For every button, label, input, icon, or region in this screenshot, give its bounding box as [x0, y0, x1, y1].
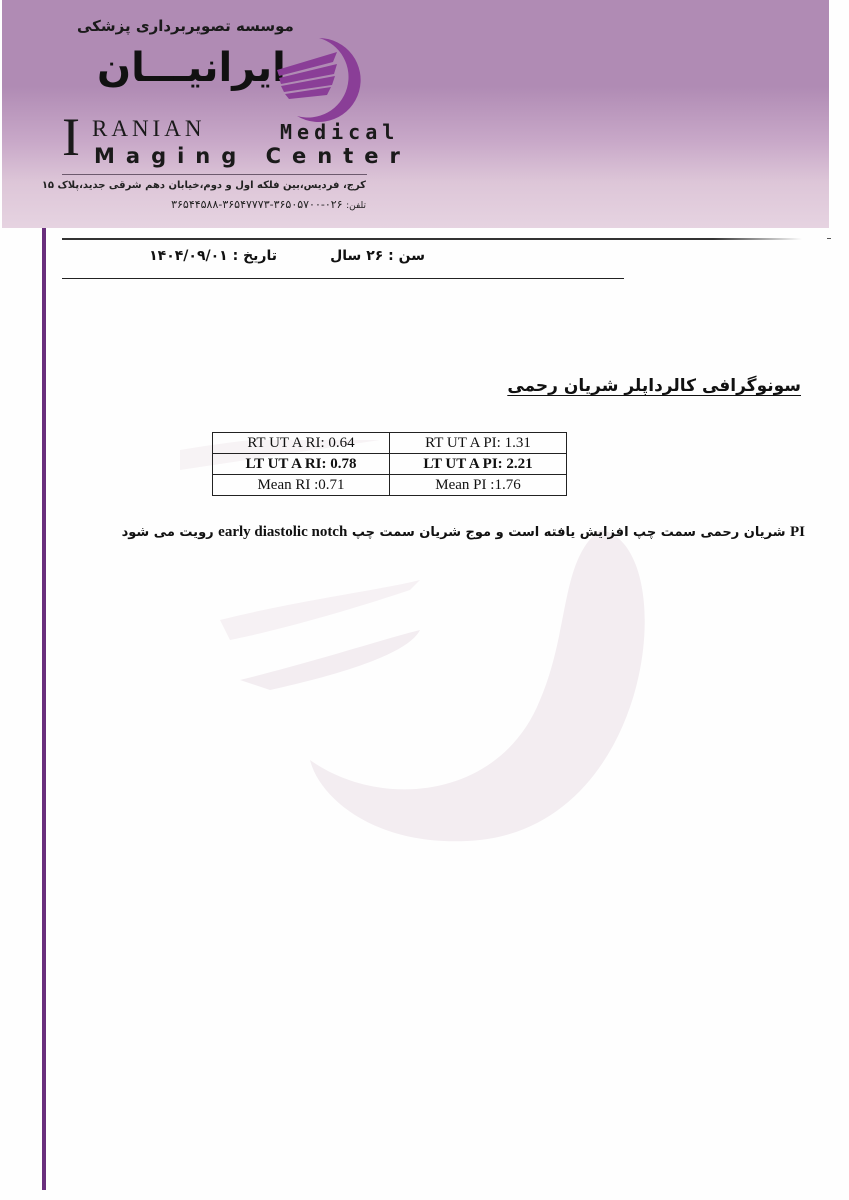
mean-ri-cell: Mean RI :0.71	[213, 475, 390, 496]
phone-line: تلفن: ۰۲۶-۳۶۵۰۵۷۰۰-۳۶۵۴۷۷۷۳-۳۶۵۴۴۵۸۸	[64, 198, 366, 211]
rt-ri-cell: RT UT A RI: 0.64	[213, 433, 390, 454]
phone-label: تلفن:	[346, 201, 366, 211]
brand-en-line2: Maging Center	[94, 144, 411, 168]
patient-info-row: سن : ۲۶ سال تاریخ : ۱۴۰۴/۰۹/۰۱	[62, 248, 622, 276]
lt-ri-cell: LT UT A RI: 0.78	[213, 454, 390, 475]
logo-wings-icon	[257, 32, 377, 122]
table-row: Mean RI :0.71 Mean PI :1.76	[213, 475, 567, 496]
info-divider	[62, 278, 624, 279]
doppler-results-table: RT UT A RI: 0.64 RT UT A PI: 1.31 LT UT …	[212, 432, 567, 496]
lt-pi-cell: LT UT A PI: 2.21	[390, 454, 567, 475]
top-divider-end	[827, 238, 831, 239]
report-date: تاریخ : ۱۴۰۴/۰۹/۰۱	[149, 248, 277, 264]
header-divider	[62, 174, 367, 175]
patient-age: سن : ۲۶ سال	[330, 248, 425, 264]
top-divider	[62, 238, 802, 240]
left-accent-bar	[42, 228, 46, 1190]
report-finding: PI شریان رحمی سمت چپ افزایش یافته است و …	[122, 524, 805, 541]
table-row: RT UT A RI: 0.64 RT UT A PI: 1.31	[213, 433, 567, 454]
mean-pi-cell: Mean PI :1.76	[390, 475, 567, 496]
phone-numbers: ۰۲۶-۳۶۵۰۵۷۰۰-۳۶۵۴۷۷۷۳-۳۶۵۴۴۵۸۸	[171, 198, 342, 211]
address: کرج، فردیس،بین فلکه اول و دوم،خیابان دهم…	[64, 180, 366, 191]
letterhead: موسسه تصویربرداری پزشکی ایرانیـــان I RA…	[2, 0, 829, 228]
report-title: سونوگرافی کالرداپلر شریان رحمی	[507, 376, 801, 396]
table-row: LT UT A RI: 0.78 LT UT A PI: 2.21	[213, 454, 567, 475]
rt-pi-cell: RT UT A PI: 1.31	[390, 433, 567, 454]
watermark-logo-icon	[120, 440, 820, 880]
